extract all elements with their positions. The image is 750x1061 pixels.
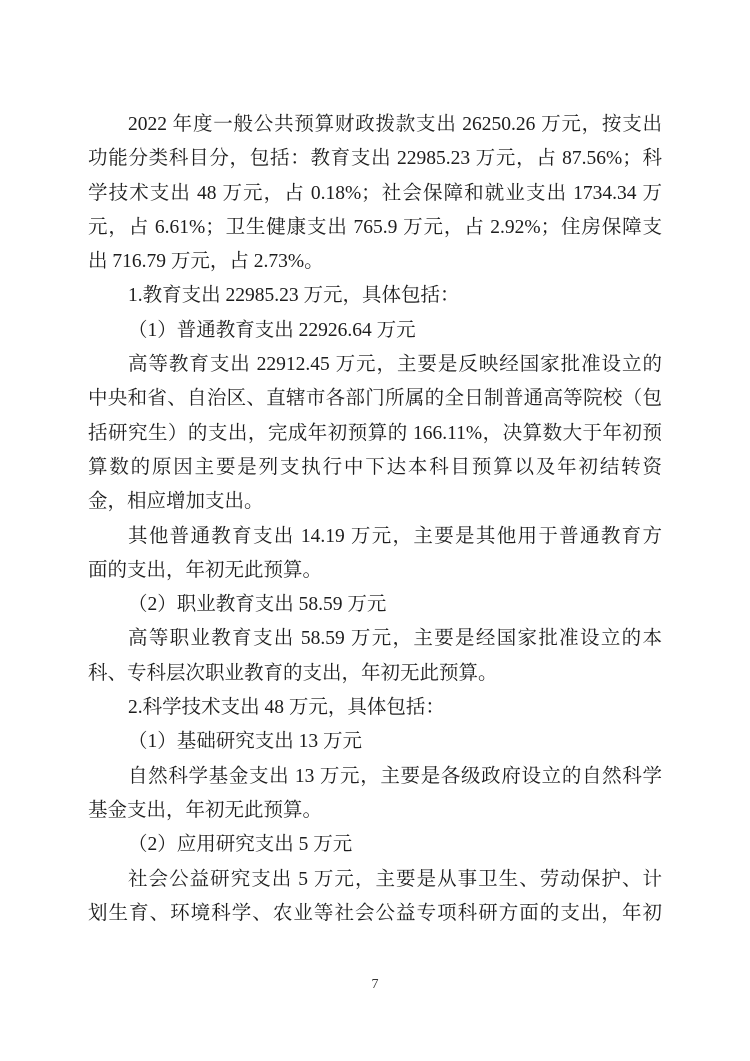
text-line: 高等教育支出 22912.45 万元，主要是反映经国家批准设立的 (88, 348, 662, 382)
text-line: 出 716.79 万元，占 2.73%。 (88, 245, 662, 279)
text-line: 中央和省、自治区、直辖市各部门所属的全日制普通高等院校（包 (88, 382, 662, 416)
text-line: 基金支出，年初无此预算。 (88, 794, 662, 828)
text-line: 自然科学基金支出 13 万元，主要是各级政府设立的自然科学 (88, 760, 662, 794)
text-line: 算数的原因主要是列支执行中下达本科目预算以及年初结转资 (88, 451, 662, 485)
text-line: 划生育、环境科学、农业等社会公益专项科研方面的支出，年初 (88, 897, 662, 931)
text-line: 2022 年度一般公共预算财政拨款支出 26250.26 万元，按支出 (88, 108, 662, 142)
text-line: 括研究生）的支出，完成年初预算的 166.11%，决算数大于年初预 (88, 417, 662, 451)
text-line: 高等职业教育支出 58.59 万元，主要是经国家批准设立的本 (88, 622, 662, 656)
text-line: （1）基础研究支出 13 万元 (88, 725, 662, 759)
document-body: 2022 年度一般公共预算财政拨款支出 26250.26 万元，按支出 功能分类… (88, 108, 662, 931)
text-line: 科、专科层次职业教育的支出，年初无此预算。 (88, 657, 662, 691)
text-line: 1.教育支出 22985.23 万元，具体包括： (88, 279, 662, 313)
text-line: 金，相应增加支出。 (88, 485, 662, 519)
page-number: 7 (0, 977, 750, 993)
text-line: 面的支出，年初无此预算。 (88, 554, 662, 588)
text-line: （1）普通教育支出 22926.64 万元 (88, 314, 662, 348)
text-line: 功能分类科目分，包括：教育支出 22985.23 万元，占 87.56%；科 (88, 142, 662, 176)
text-line: 元，占 6.61%；卫生健康支出 765.9 万元，占 2.92%；住房保障支 (88, 211, 662, 245)
text-line: 社会公益研究支出 5 万元，主要是从事卫生、劳动保护、计 (88, 863, 662, 897)
text-line: 学技术支出 48 万元，占 0.18%；社会保障和就业支出 1734.34 万 (88, 177, 662, 211)
text-line: 其他普通教育支出 14.19 万元，主要是其他用于普通教育方 (88, 520, 662, 554)
text-line: （2）应用研究支出 5 万元 (88, 828, 662, 862)
text-line: 2.科学技术支出 48 万元，具体包括： (88, 691, 662, 725)
document-page: 2022 年度一般公共预算财政拨款支出 26250.26 万元，按支出 功能分类… (0, 0, 750, 1061)
text-line: （2）职业教育支出 58.59 万元 (88, 588, 662, 622)
